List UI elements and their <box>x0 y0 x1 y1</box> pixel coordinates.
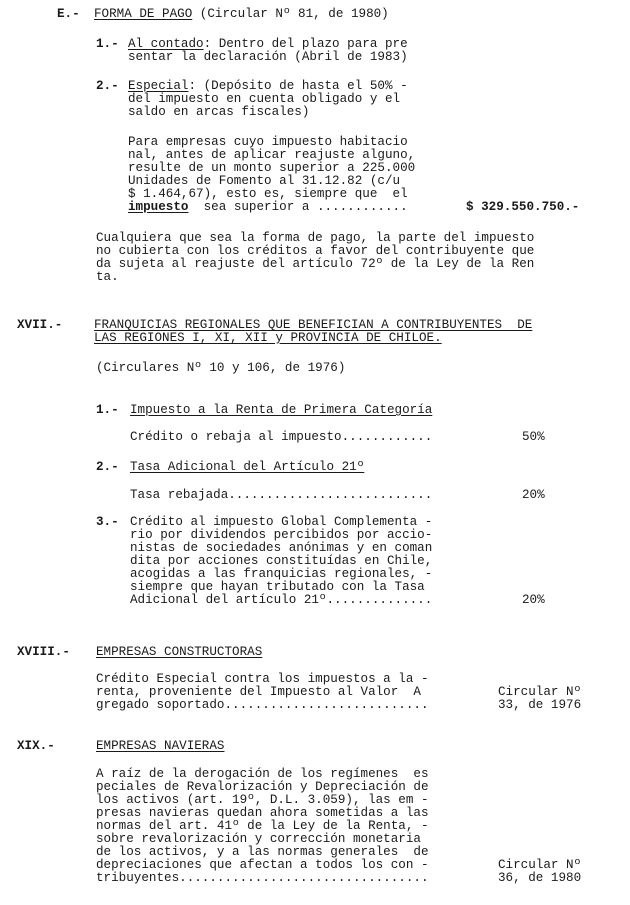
xix-line-9: tribuyentes.............................… <box>96 872 429 885</box>
xvii-item-1-detail: Crédito o rebaja al impuesto............ <box>130 431 432 444</box>
section-e-title: FORMA DE PAGO <box>94 7 192 21</box>
threshold-amount: $ 329.550.750.- <box>466 201 579 214</box>
xvii-item-1-title: Impuesto a la Renta de Primera Categoría <box>130 404 432 417</box>
section-xvii-reference: (Circulares Nº 10 y 106, de 1976) <box>96 362 345 375</box>
section-xix-title: EMPRESAS NAVIERAS <box>96 740 224 753</box>
closing-line-3: da sujeta al reajuste del artículo 72º d… <box>96 258 534 271</box>
section-e-heading: FORMA DE PAGO (Circular Nº 81, de 1980) <box>94 8 389 21</box>
section-xix-label: XIX.- <box>17 740 55 753</box>
xvii-item-1-value: 50% <box>522 431 545 444</box>
section-e-label: E.- <box>57 8 80 21</box>
section-xvii-title-line-2: LAS REGIONES I, XI, XII y PROVINCIA DE C… <box>94 332 442 345</box>
item-1-number: 1.- <box>96 38 119 51</box>
xviii-line-3: gregado soportado.......................… <box>96 699 429 712</box>
item-2-line-3: saldo en arcas fiscales) <box>128 106 309 119</box>
item-2-title: Especial <box>128 79 188 93</box>
xvii-item-2-detail: Tasa rebajada........................... <box>130 489 432 502</box>
section-xviii-title: EMPRESAS CONSTRUCTORAS <box>96 646 262 659</box>
closing-line-4: ta. <box>96 271 119 284</box>
xvii-item-2-value: 20% <box>522 489 545 502</box>
xvii-item-3-value: 20% <box>522 594 545 607</box>
item-1-line-2: sentar la declaración (Abril de 1983) <box>128 51 408 64</box>
item-2-number: 2.- <box>96 80 119 93</box>
xvii-item-3-number: 3.- <box>96 516 119 529</box>
section-xviii-label: XVIII.- <box>17 646 70 659</box>
xvii-item-1-number: 1.- <box>96 404 119 417</box>
item-1-title: Al contado <box>128 37 204 51</box>
para-underlined-word: impuesto <box>128 200 188 214</box>
section-e-reference: (Circular Nº 81, de 1980) <box>192 7 389 21</box>
section-xvii-label: XVII.- <box>17 319 62 332</box>
para-line-6: impuesto sea superior a ............ <box>128 201 408 214</box>
xviii-reference-line-2: 33, de 1976 <box>498 699 581 712</box>
xix-reference-line-2: 36, de 1980 <box>498 872 581 885</box>
xvii-item-2-title: Tasa Adicional del Artículo 21º <box>130 461 364 474</box>
xvii-item-3-line-7: Adicional del artículo 21º.............. <box>130 594 432 607</box>
xvii-item-2-number: 2.- <box>96 461 119 474</box>
